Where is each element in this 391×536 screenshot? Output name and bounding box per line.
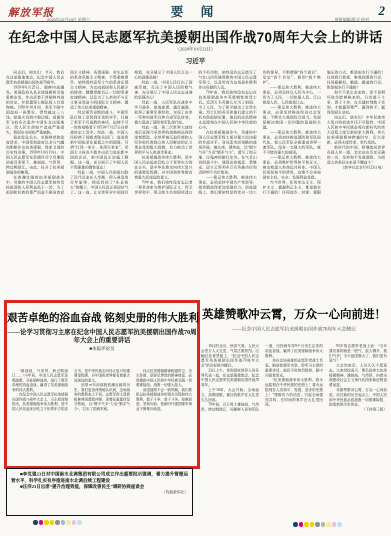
paragraph: 抗美援朝战争伟大胜利，是中国人民站起来后屹立于世界东方的宣言书，是中华民族走向伟…	[134, 155, 192, 180]
paragraph: ——铭记伟大胜利，推进伟大事业，必须维护世界和平和正义，推动构建人类命运共同体。…	[263, 155, 321, 180]
sidelight-subtitle-text: ——纪念中国人民志愿军抗美援朝出国作战70周年大会侧记	[201, 325, 387, 332]
paragraph: 在抗美援朝战争中，英雄的中国人民志愿军将士面对强大而凶狠的作战对手，身处恶劣而残…	[198, 130, 256, 175]
briefs-credit: （均据新华社）	[11, 490, 188, 495]
speech-dateline-text: （2020年10月23日）	[88, 46, 303, 52]
paragraph: 上午10时，大会开始。全场起立，高唱国歌。雄壮的歌声在大礼堂久久回荡。	[201, 388, 259, 403]
header-rule	[0, 21, 391, 22]
paragraph: 23日上午，党和国家领导人同各界代表一起，在这里隆重集会，纪念中国人民志愿军抗美…	[201, 368, 259, 388]
speech-headline: 在纪念中国人民志愿军抗美援朝出国作战70周年大会上的讲话	[0, 26, 391, 46]
paragraph: 10月的北京，秋高气爽。人民大会堂万人大礼堂，气氛庄重热烈。巨幅红色背景板上，“…	[201, 344, 259, 368]
newspaper-page: 解放军报 2020年10月24日 星期六 要 闻 值班编辑/版式 校对 2 在纪…	[0, 0, 391, 536]
commentary-body: “雄赳赳，气昂昂，跨过鸭绿江……”70年前，中国人民志愿军高唱战歌，开赴朝鲜战场…	[12, 369, 192, 459]
registration-dot	[299, 522, 304, 527]
paragraph: 回望70年前那段波澜壮阔的历史，我们更加深刻地认识到，这场战争的胜利来之不易。志…	[74, 383, 130, 411]
sidelight-columns: 10月的北京，秋高气爽。人民大会堂万人大礼堂，气氛庄重热烈。巨幅红色背景板上，“…	[201, 344, 387, 530]
paragraph: ——铭记伟大胜利，推进伟大事业，必须坚持以人民为中心，一切为了人民、一切依靠人民…	[263, 85, 321, 105]
paragraph: 1950年6月25日，朝鲜内战爆发。美国政府从其全球战略和冷战思维出发，作出武装…	[6, 85, 64, 135]
registration-dot	[39, 520, 44, 525]
registration-dot	[72, 520, 77, 525]
color-bar-right	[293, 522, 342, 527]
paragraph: 93岁的志愿军老战士说：“当年我们靠的就是一股气，敌人钢多，我们气多！今天祖国强…	[329, 344, 387, 364]
commentary-headline: 艰苦卓绝的浴血奋战 铭刻史册的伟大胜利	[7, 310, 197, 325]
editor-line: 值班编辑/版式 校对	[249, 6, 369, 25]
page-number: 2	[379, 3, 386, 19]
commentary-subtitle-text: ——论学习贯彻习主席在纪念中国人民志愿军抗美援朝出国作战70周年大会上的重要讲话	[7, 328, 197, 344]
paragraph: 英雄赞歌冲云霄，万众一心向前进。站在新的历史起点上，中国人民和中华民族必将战胜一…	[329, 388, 387, 408]
speech-columns: 同志们，朋友们：今天，我们在这里隆重集会，纪念中国人民志愿军抗美援朝出国作战70…	[6, 70, 385, 296]
sidelight-article: 英雄赞歌冲云霄，万众一心向前进！ ——纪念中国人民志愿军抗美援朝出国作战70周年…	[201, 300, 387, 532]
sidelight-continuation: （下转第三版）	[329, 408, 387, 413]
commentary-byline: ■本报评论员	[7, 345, 197, 352]
paragraph: 经过艰苦卓绝的战斗，中朝军队打败了武装到牙齿的对手，打破了美军不可战胜的神话，迫…	[70, 110, 128, 170]
paragraph: 经此一战，第二次世界大战结束后亚洲乃至世界的战略格局得到深刻塑造，全世界被压迫民…	[134, 125, 192, 155]
paragraph: 同志们、朋友们！中华民族伟大复兴的前进步伐不可阻挡，中国人民和中华民族必将在新时…	[327, 115, 385, 145]
paragraph: ■李克强23日对中国南水北调集团有限公司成立作出重要批示强调，着力提升管理运营水…	[11, 471, 188, 484]
paragraph: 和平不是乞求来的，更不是恫吓讹诈能够换来的。只有敢于斗争、善于斗争，在关键时刻敢…	[327, 90, 385, 115]
speech-author: 习近平	[0, 56, 391, 65]
registration-dot	[66, 520, 71, 525]
registration-dot	[321, 522, 326, 527]
paragraph: 新时代的中国，将继续同世界各国人民一道，坚定站在历史正确的一边，坚持和平发展道路…	[327, 145, 385, 165]
news-briefs-box: ■李克强23日对中国南水北调集团有限公司成立作出重要批示强调，着力提升管理运营水…	[6, 468, 193, 516]
paragraph: 经此一战，人民军队在战争中学习战争，愈战愈勇，越打越强，取得了重要军事经验，实现…	[134, 100, 192, 125]
sidelight-subtitle: ——纪念中国人民志愿军抗美援朝出国作战70周年大会侧记	[201, 325, 387, 334]
registration-dot	[332, 522, 337, 527]
commentary-byline-text: ■本报评论员	[7, 345, 197, 352]
commentary-box: 艰苦卓绝的浴血奋战 铭刻史册的伟大胜利 ——论学习贯彻习主席在纪念中国人民志愿军…	[4, 300, 200, 469]
paragraph: 经此一战，中国人民打出了国威军威，打出了中国人民的精气神，充分展示了中国人民众志…	[134, 80, 192, 100]
paragraph: “抗美援朝战争伟大胜利，将永远铭刻在中华民族的史册上！将永远铭刻在人类和平、发展…	[265, 378, 323, 407]
registration-dot	[50, 520, 55, 525]
speech-credit: （新华社北京10月23日电）	[327, 165, 385, 170]
registration-dot	[337, 522, 342, 527]
registration-dot	[55, 520, 60, 525]
commentary-columns: “雄赳赳，气昂昂，跨过鸭绿江……”70年前，中国人民志愿军高唱战歌，开赴朝鲜战场…	[12, 369, 192, 459]
paragraph: 坐在会场前排的志愿军老战士代表，胸前挂满军功章。聆听习主席的重要讲话，他们不时热…	[265, 359, 323, 379]
paragraph: 值此危急关头，应朝鲜党和政府请求，中国党和政府以非凡气魄和胆略作出抗美援朝、保家…	[6, 135, 64, 175]
paragraph: “雄赳赳，气昂昂，跨过鸭绿江……”70年前，中国人民志愿军高唱战歌，开赴朝鲜战场…	[12, 369, 68, 393]
registration-dot	[304, 522, 309, 527]
registration-dot	[61, 520, 66, 525]
paragraph: ——铭记伟大胜利，推进伟大事业，必须加快推进国防和军队现代化，把人民军队全面建成…	[263, 130, 321, 155]
registration-dot	[33, 520, 38, 525]
news-briefs-list: ■李克强23日对中国南水北调集团有限公司成立作出重要批示强调，着力提升管理运营水…	[11, 471, 188, 495]
registration-dot	[293, 522, 298, 527]
paragraph: 前进道路不会一帆风顺。我们要铭记抗美援朝战争的艰辛历程和伟大胜利，敢于斗争、善于…	[136, 388, 192, 412]
registration-dot	[44, 520, 49, 525]
registration-dot	[77, 520, 82, 525]
paragraph: 大会结束后，人们久久不愿离去。大家纷纷表示，要弘扬伟大抗美援朝精神，雄赳赳、气昂…	[329, 364, 387, 388]
commentary-subtitle: ——论学习贯彻习主席在纪念中国人民志愿军抗美援朝出国作战70周年大会上的重要讲话	[7, 328, 197, 345]
registration-dot	[315, 522, 320, 527]
paragraph: 70年来，我们始终没有忘记在抗美援朝战争中英勇牺牲的烈士们。近20万名英雄儿女为…	[198, 90, 256, 130]
paragraph: 同志们，朋友们：今天，我们在这里隆重集会，纪念中国人民志愿军抗美援朝出国作战70…	[6, 70, 64, 85]
paragraph: 伟大抗美援朝精神跨越时空、历久弥新，是弥足珍贵的精神财富，必将激励中国人民和中华…	[136, 369, 192, 388]
color-bar-left	[33, 520, 82, 525]
sidelight-body: 10月的北京，秋高气爽。人民大会堂万人大礼堂，气氛庄重热烈。巨幅红色背景板上，“…	[201, 344, 387, 530]
paragraph: ——铭记伟大胜利，推进伟大事业，必须坚持推进经济社会发展，不断壮大我国综合国力。…	[263, 105, 321, 130]
registration-dot	[310, 522, 315, 527]
speech-body: 同志们，朋友们：今天，我们在这里隆重集会，纪念中国人民志愿军抗美援朝出国作战70…	[6, 70, 385, 296]
sidelight-headline: 英雄赞歌冲云霄，万众一心向前进！	[201, 306, 387, 322]
registration-dot	[326, 522, 331, 527]
